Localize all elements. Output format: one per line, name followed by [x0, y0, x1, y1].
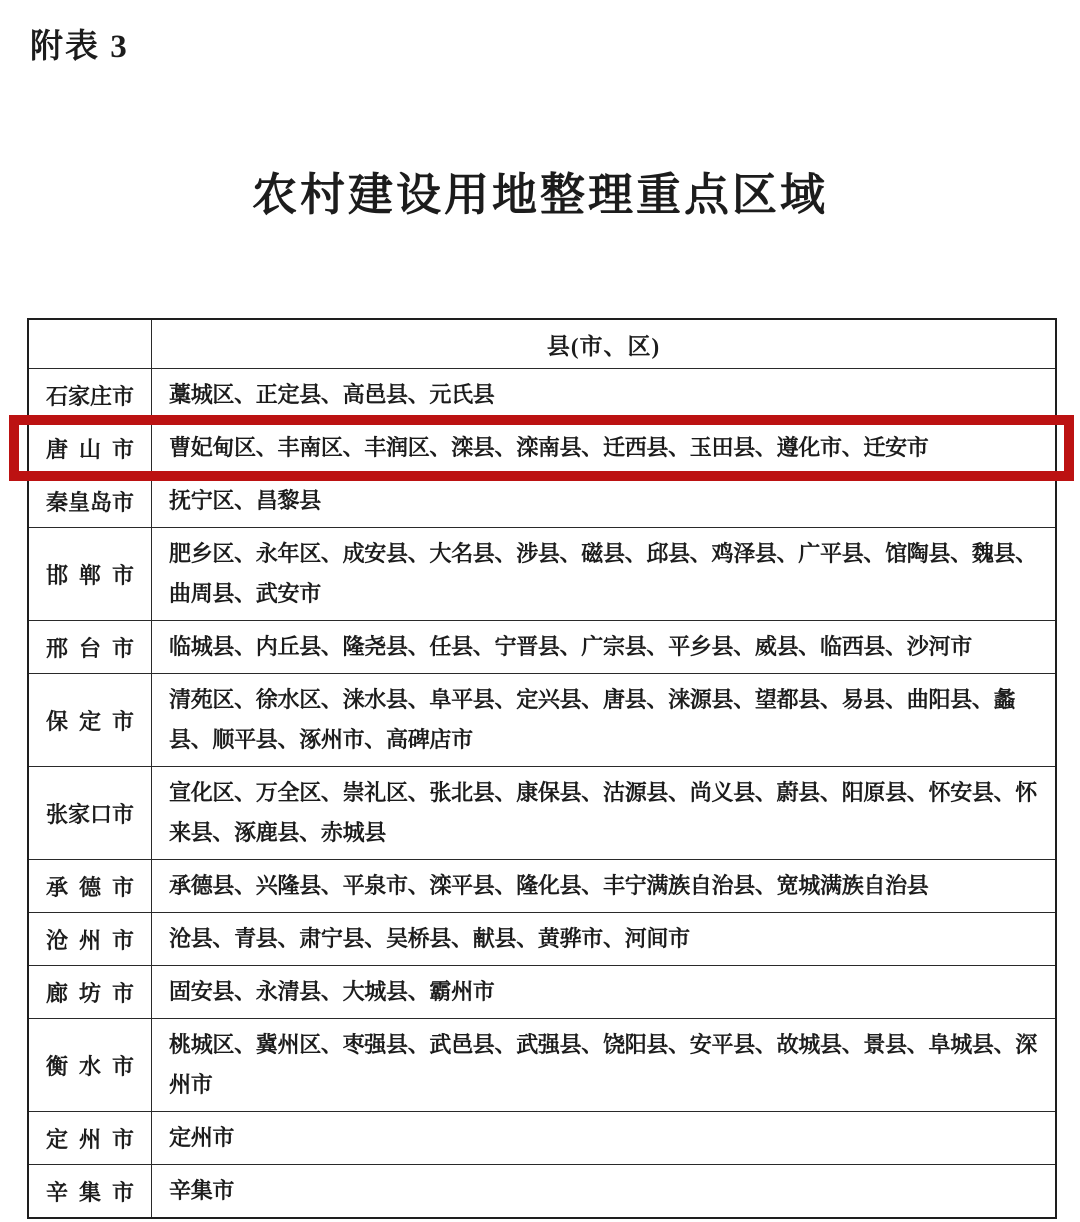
city-cell: 衡水市	[28, 1019, 152, 1112]
document-page: 附表 3 农村建设用地整理重点区域 县(市、区) 石家庄市 藁城区、正定县、高邑…	[0, 0, 1080, 1222]
table-row: 廊坊市 固安县、永清县、大城县、霸州市	[28, 966, 1056, 1019]
counties-cell: 曹妃甸区、丰南区、丰润区、滦县、滦南县、迁西县、玉田县、遵化市、迁安市	[152, 422, 1057, 475]
table-row: 衡水市 桃城区、冀州区、枣强县、武邑县、武强县、饶阳县、安平县、故城县、景县、阜…	[28, 1019, 1056, 1112]
city-cell: 张家口市	[28, 767, 152, 860]
counties-cell: 桃城区、冀州区、枣强县、武邑县、武强县、饶阳县、安平县、故城县、景县、阜城县、深…	[152, 1019, 1057, 1112]
counties-cell: 清苑区、徐水区、涞水县、阜平县、定兴县、唐县、涞源县、望都县、易县、曲阳县、蠡县…	[152, 674, 1057, 767]
table-row: 张家口市 宣化区、万全区、崇礼区、张北县、康保县、沽源县、尚义县、蔚县、阳原县、…	[28, 767, 1056, 860]
table-row: 唐山市 曹妃甸区、丰南区、丰润区、滦县、滦南县、迁西县、玉田县、遵化市、迁安市	[28, 422, 1056, 475]
city-cell: 邢台市	[28, 621, 152, 674]
city-cell: 秦皇岛市	[28, 475, 152, 528]
city-cell: 定州市	[28, 1112, 152, 1165]
counties-cell: 藁城区、正定县、高邑县、元氏县	[152, 369, 1057, 422]
counties-cell: 宣化区、万全区、崇礼区、张北县、康保县、沽源县、尚义县、蔚县、阳原县、怀安县、怀…	[152, 767, 1057, 860]
regions-table: 县(市、区) 石家庄市 藁城区、正定县、高邑县、元氏县 唐山市 曹妃甸区、丰南区…	[27, 318, 1057, 1219]
city-cell: 承德市	[28, 860, 152, 913]
city-cell: 唐山市	[28, 422, 152, 475]
counties-cell: 临城县、内丘县、隆尧县、任县、宁晋县、广宗县、平乡县、威县、临西县、沙河市	[152, 621, 1057, 674]
counties-cell: 抚宁区、昌黎县	[152, 475, 1057, 528]
city-cell: 石家庄市	[28, 369, 152, 422]
table-row: 辛集市 辛集市	[28, 1165, 1056, 1219]
counties-cell: 沧县、青县、肃宁县、吴桥县、献县、黄骅市、河间市	[152, 913, 1057, 966]
counties-cell: 承德县、兴隆县、平泉市、滦平县、隆化县、丰宁满族自治县、宽城满族自治县	[152, 860, 1057, 913]
counties-column-header: 县(市、区)	[152, 319, 1057, 369]
city-cell: 辛集市	[28, 1165, 152, 1219]
page-title: 农村建设用地整理重点区域	[0, 158, 1080, 223]
city-cell: 沧州市	[28, 913, 152, 966]
table-row: 邯郸市 肥乡区、永年区、成安县、大名县、涉县、磁县、邱县、鸡泽县、广平县、馆陶县…	[28, 528, 1056, 621]
table-row: 秦皇岛市 抚宁区、昌黎县	[28, 475, 1056, 528]
counties-cell: 辛集市	[152, 1165, 1057, 1219]
table-row: 保定市 清苑区、徐水区、涞水县、阜平县、定兴县、唐县、涞源县、望都县、易县、曲阳…	[28, 674, 1056, 767]
counties-cell: 固安县、永清县、大城县、霸州市	[152, 966, 1057, 1019]
table-row: 石家庄市 藁城区、正定县、高邑县、元氏县	[28, 369, 1056, 422]
table-row: 承德市 承德县、兴隆县、平泉市、滦平县、隆化县、丰宁满族自治县、宽城满族自治县	[28, 860, 1056, 913]
city-cell: 廊坊市	[28, 966, 152, 1019]
counties-cell: 肥乡区、永年区、成安县、大名县、涉县、磁县、邱县、鸡泽县、广平县、馆陶县、魏县、…	[152, 528, 1057, 621]
table-row: 沧州市 沧县、青县、肃宁县、吴桥县、献县、黄骅市、河间市	[28, 913, 1056, 966]
table-row: 定州市 定州市	[28, 1112, 1056, 1165]
city-cell: 保定市	[28, 674, 152, 767]
table-row: 邢台市 临城县、内丘县、隆尧县、任县、宁晋县、广宗县、平乡县、威县、临西县、沙河…	[28, 621, 1056, 674]
appendix-label: 附表 3	[30, 20, 129, 67]
city-column-header	[28, 319, 152, 369]
table-header-row: 县(市、区)	[28, 319, 1056, 369]
counties-cell: 定州市	[152, 1112, 1057, 1165]
city-cell: 邯郸市	[28, 528, 152, 621]
